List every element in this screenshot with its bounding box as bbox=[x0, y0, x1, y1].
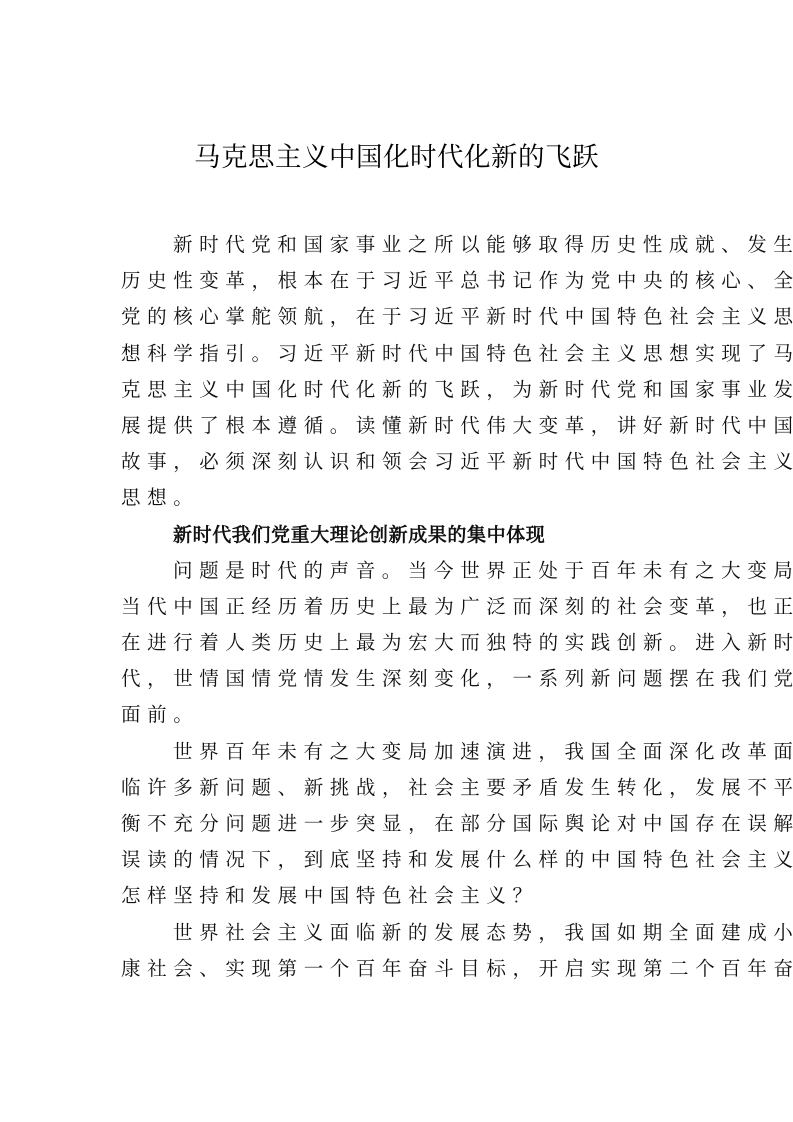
text-line: 克思主义中国化时代化新的飞跃，为新时代党和国家事业发 bbox=[121, 372, 673, 408]
text-line: 怎样坚持和发展中国特色社会主义？ bbox=[121, 878, 673, 914]
text-line: 历史性变革，根本在于习近平总书记作为党中央的核心、全 bbox=[121, 263, 673, 299]
text-line: 临许多新问题、新挑战，社会主要矛盾发生转化，发展不平 bbox=[121, 770, 673, 806]
text-line: 问题是时代的声音。当今世界正处于百年未有之大变局， bbox=[121, 553, 673, 589]
text-line: 展提供了根本遵循。读懂新时代伟大变革，讲好新时代中国 bbox=[121, 408, 673, 444]
document-title: 马克思主义中国化时代化新的飞跃 bbox=[0, 138, 793, 178]
text-line: 衡不充分问题进一步突显，在部分国际舆论对中国存在误解 bbox=[121, 806, 673, 842]
text-line: 当代中国正经历着历史上最为广泛而深刻的社会变革，也正 bbox=[121, 589, 673, 625]
text-line: 误读的情况下，到底坚持和发展什么样的中国特色社会主义、 bbox=[121, 842, 673, 878]
text-line: 思想。 bbox=[121, 480, 673, 516]
text-line: 面前。 bbox=[121, 697, 673, 733]
text-line: 在进行着人类历史上最为宏大而独特的实践创新。进入新时 bbox=[121, 625, 673, 661]
text-line: 代，世情国情党情发生深刻变化，一系列新问题摆在我们党 bbox=[121, 661, 673, 697]
text-line: 新时代党和国家事业之所以能够取得历史性成就、发生 bbox=[121, 227, 673, 263]
document-page: 马克思主义中国化时代化新的飞跃 新时代党和国家事业之所以能够取得历史性成就、发生… bbox=[0, 0, 793, 1122]
text-line: 康社会、实现第一个百年奋斗目标，开启实现第二个百年奋 bbox=[121, 951, 673, 987]
text-line: 故事，必须深刻认识和领会习近平新时代中国特色社会主义 bbox=[121, 444, 673, 480]
text-line: 党的核心掌舵领航，在于习近平新时代中国特色社会主义思 bbox=[121, 299, 673, 335]
text-line: 想科学指引。习近平新时代中国特色社会主义思想实现了马 bbox=[121, 336, 673, 372]
section-heading: 新时代我们党重大理论创新成果的集中体现 bbox=[121, 517, 673, 553]
text-line: 世界社会主义面临新的发展态势，我国如期全面建成小 bbox=[121, 915, 673, 951]
text-line: 世界百年未有之大变局加速演进，我国全面深化改革面 bbox=[121, 734, 673, 770]
document-body: 新时代党和国家事业之所以能够取得历史性成就、发生历史性变革，根本在于习近平总书记… bbox=[121, 227, 673, 987]
